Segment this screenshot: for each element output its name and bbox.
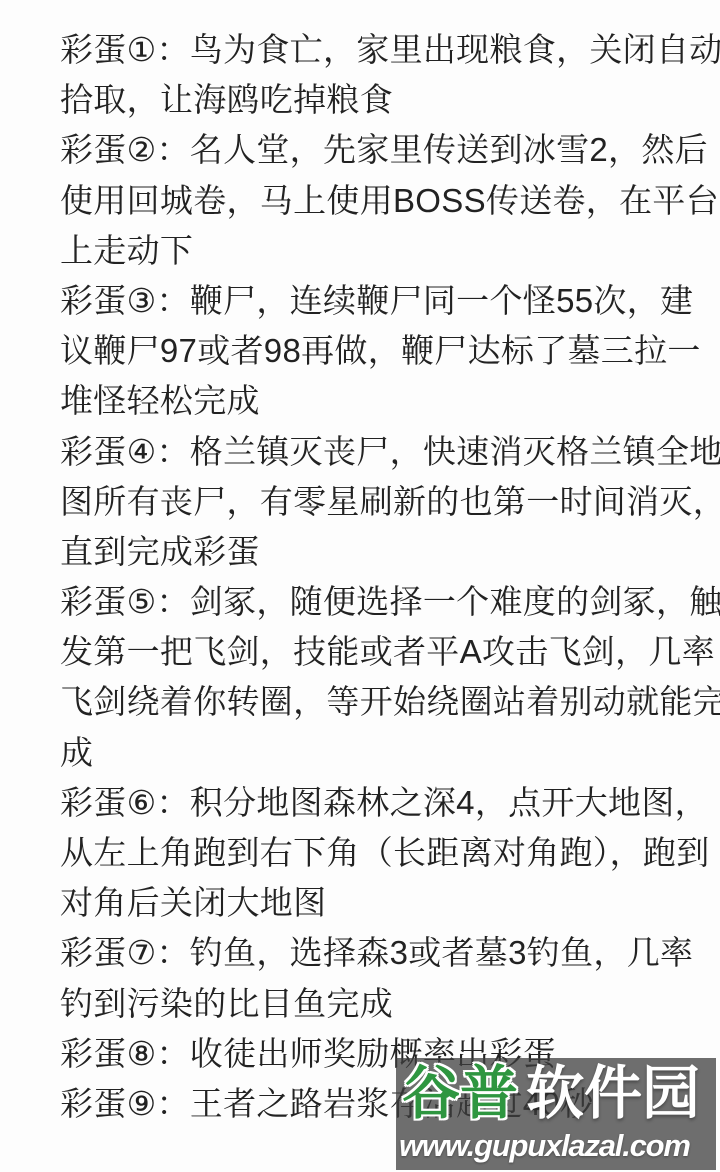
watermark-brand-white: 软件园 [526,1061,700,1126]
guide-line: 彩蛋③：鞭尸，连续鞭尸同一个怪55次，建 [60,276,666,326]
easter-egg-2: 彩蛋②：名人堂，先家里传送到冰雪2，然后 使用回城卷，马上使用BOSS传送卷，在… [60,125,666,276]
guide-line: 飞剑绕着你转圈，等开始绕圈站着别动就能完 [60,677,666,727]
guide-line: 钓到污染的比目鱼完成 [60,979,666,1029]
guide-line: 彩蛋⑦：钓鱼，选择森3或者墓3钓鱼，几率 [60,928,666,978]
easter-egg-1: 彩蛋①：鸟为食亡，家里出现粮食，关闭自动 拾取，让海鸥吃掉粮食 [60,25,666,125]
guide-line: 成 [60,728,666,778]
guide-line: 彩蛋④：格兰镇灭丧尸，快速消灭格兰镇全地 [60,427,666,477]
watermark: 谷普软件园 www.gupuxlazal.com [396,1058,716,1170]
guide-line: 堆怪轻松完成 [60,376,666,426]
guide-line: 直到完成彩蛋 [60,527,666,577]
watermark-url: www.gupuxlazal.com [399,1130,714,1162]
guide-line: 彩蛋⑥：积分地图森林之深4，点开大地图， [60,778,666,828]
guide-line: 彩蛋②：名人堂，先家里传送到冰雪2，然后 [60,125,666,175]
easter-egg-7: 彩蛋⑦：钓鱼，选择森3或者墓3钓鱼，几率 钓到污染的比目鱼完成 [60,928,666,1028]
guide-line: 从左上角跑到右下角（长距离对角跑），跑到 [60,828,666,878]
guide-line: 图所有丧尸，有零星刷新的也第一时间消灭， [60,477,666,527]
easter-egg-4: 彩蛋④：格兰镇灭丧尸，快速消灭格兰镇全地 图所有丧尸，有零星刷新的也第一时间消灭… [60,427,666,578]
easter-egg-6: 彩蛋⑥：积分地图森林之深4，点开大地图， 从左上角跑到右下角（长距离对角跑），跑… [60,778,666,929]
guide-line: 拾取，让海鸥吃掉粮食 [60,75,666,125]
guide-line: 对角后关闭大地图 [60,878,666,928]
guide-line: 发第一把飞剑，技能或者平A攻击飞剑，几率 [60,627,666,677]
easter-egg-3: 彩蛋③：鞭尸，连续鞭尸同一个怪55次，建 议鞭尸97或者98再做，鞭尸达标了墓三… [60,276,666,427]
easter-egg-5: 彩蛋⑤：剑冢，随便选择一个难度的剑冢，触 发第一把飞剑，技能或者平A攻击飞剑，几… [60,577,666,778]
guide-line: 彩蛋⑤：剑冢，随便选择一个难度的剑冢，触 [60,577,666,627]
guide-line: 使用回城卷，马上使用BOSS传送卷，在平台 [60,176,666,226]
guide-article: 彩蛋①：鸟为食亡，家里出现粮食，关闭自动 拾取，让海鸥吃掉粮食 彩蛋②：名人堂，… [60,25,666,1129]
guide-line: 上走动下 [60,226,666,276]
watermark-brand-green: 谷普 [402,1061,518,1126]
guide-line: 彩蛋①：鸟为食亡，家里出现粮食，关闭自动 [60,25,666,75]
guide-line: 议鞭尸97或者98再做，鞭尸达标了墓三拉一 [60,326,666,376]
watermark-brand: 谷普软件园 [402,1062,700,1126]
